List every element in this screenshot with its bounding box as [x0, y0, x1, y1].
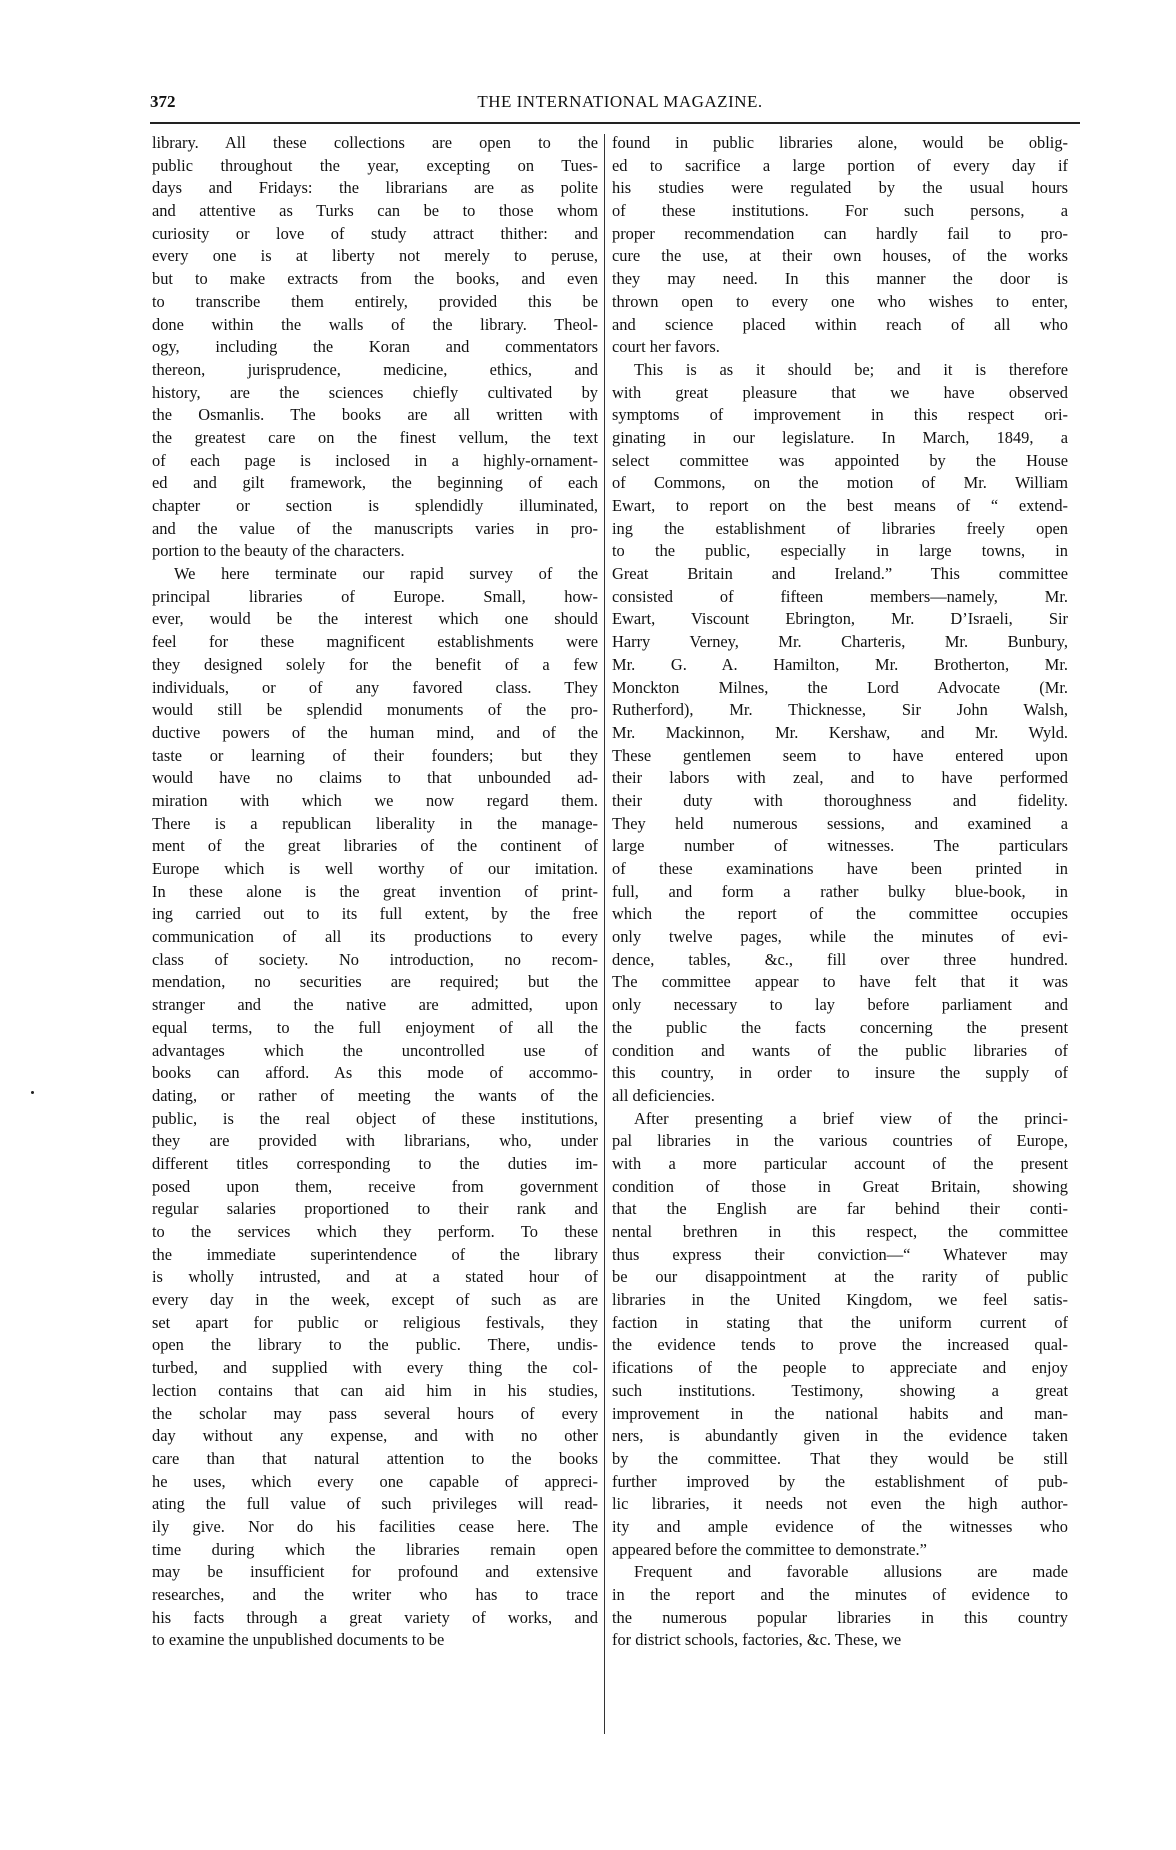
text-line: regular salaries proportioned to their r…: [152, 1198, 598, 1221]
text-line: miration with which we now regard them.: [152, 790, 598, 813]
text-line: they are provided with librarians, who, …: [152, 1130, 598, 1153]
text-line: court her favors.: [612, 336, 1068, 359]
text-line: set apart for public or religious festiv…: [152, 1312, 598, 1335]
text-line: nental brethren in this respect, the com…: [612, 1221, 1068, 1244]
text-line: ily give. Nor do his facilities cease he…: [152, 1516, 598, 1539]
text-line: open the library to the public. There, u…: [152, 1334, 598, 1357]
page-header: 372 THE INTERNATIONAL MAGAZINE.: [150, 92, 1090, 120]
text-line: found in public libraries alone, would b…: [612, 132, 1068, 155]
text-line: by the committee. That they would be sti…: [612, 1448, 1068, 1471]
text-line: and science placed within reach of all w…: [612, 314, 1068, 337]
text-line: is wholly intrusted, and at a stated hou…: [152, 1266, 598, 1289]
text-line: their duty with thoroughness and fidelit…: [612, 790, 1068, 813]
text-line: ment of the great libraries of the conti…: [152, 835, 598, 858]
text-line: chapter or section is splendidly illumin…: [152, 495, 598, 518]
text-line: the evidence tends to prove the increase…: [612, 1334, 1068, 1357]
text-line: dence, tables, &c., fill over three hund…: [612, 949, 1068, 972]
text-line: Europe which is well worthy of our imita…: [152, 858, 598, 881]
text-line: may be insufficient for profound and ext…: [152, 1561, 598, 1584]
text-line: the scholar may pass several hours of ev…: [152, 1403, 598, 1426]
text-line: day without any expense, and with no oth…: [152, 1425, 598, 1448]
text-line: of each page is inclosed in a highly-orn…: [152, 450, 598, 473]
text-line: communication of all its productions to …: [152, 926, 598, 949]
text-line: and the value of the manuscripts varies …: [152, 518, 598, 541]
text-line: libraries in the United Kingdom, we feel…: [612, 1289, 1068, 1312]
text-line: ductive powers of the human mind, and of…: [152, 722, 598, 745]
text-line: proper recommendation can hardly fail to…: [612, 223, 1068, 246]
text-line: only twelve pages, while the minutes of …: [612, 926, 1068, 949]
text-line: would have no claims to that unbounded a…: [152, 767, 598, 790]
text-line: ating the full value of such privileges …: [152, 1493, 598, 1516]
text-line: symptoms of improvement in this respect …: [612, 404, 1068, 427]
text-line: cure the use, at their own houses, of th…: [612, 245, 1068, 268]
text-line: but to make extracts from the books, and…: [152, 268, 598, 291]
text-line: select committee was appointed by the Ho…: [612, 450, 1068, 473]
text-line: class of society. No introduction, no re…: [152, 949, 598, 972]
text-line: researches, and the writer who has to tr…: [152, 1584, 598, 1607]
text-line: advantages which the uncontrolled use of: [152, 1040, 598, 1063]
text-line: lic libraries, it needs not even the hig…: [612, 1493, 1068, 1516]
magazine-page: 372 THE INTERNATIONAL MAGAZINE. library.…: [0, 0, 1176, 1850]
text-line: public, is the real object of these inst…: [152, 1108, 598, 1131]
column-divider: [604, 134, 605, 1734]
text-line: would still be splendid monuments of the…: [152, 699, 598, 722]
text-line: Monckton Milnes, the Lord Advocate (Mr.: [612, 677, 1068, 700]
text-line: they may need. In this manner the door i…: [612, 268, 1068, 291]
text-line: faction in stating that the uniform curr…: [612, 1312, 1068, 1335]
text-line: books can afford. As this mode of accomm…: [152, 1062, 598, 1085]
text-line: improvement in the national habits and m…: [612, 1403, 1068, 1426]
text-line: which the report of the committee occupi…: [612, 903, 1068, 926]
text-line: After presenting a brief view of the pri…: [612, 1108, 1068, 1131]
text-line: every one is at liberty not merely to pe…: [152, 245, 598, 268]
text-line: condition of those in Great Britain, sho…: [612, 1176, 1068, 1199]
text-line: his studies were regulated by the usual …: [612, 177, 1068, 200]
text-line: the greatest care on the finest vellum, …: [152, 427, 598, 450]
text-line: stranger and the native are admitted, up…: [152, 994, 598, 1017]
text-line: ing carried out to its full extent, by t…: [152, 903, 598, 926]
text-line: Ewart, to report on the best means of “ …: [612, 495, 1068, 518]
text-line: history, are the sciences chiefly cultiv…: [152, 382, 598, 405]
text-line: consisted of fifteen members—namely, Mr.: [612, 586, 1068, 609]
text-line: ifications of the people to appreciate a…: [612, 1357, 1068, 1380]
text-line: turbed, and supplied with every thing th…: [152, 1357, 598, 1380]
text-line: the immediate superintendence of the lib…: [152, 1244, 598, 1267]
text-line: individuals, or of any favored class. Th…: [152, 677, 598, 700]
text-line: to the public, especially in large towns…: [612, 540, 1068, 563]
text-line: Ewart, Viscount Ebrington, Mr. D’Israeli…: [612, 608, 1068, 631]
text-line: done within the walls of the library. Th…: [152, 314, 598, 337]
text-line: The committee appear to have felt that i…: [612, 971, 1068, 994]
text-line: in the report and the minutes of evidenc…: [612, 1584, 1068, 1607]
text-line: this country, in order to insure the sup…: [612, 1062, 1068, 1085]
text-line: feel for these magnificent establishment…: [152, 631, 598, 654]
text-line: further improved by the establishment of…: [612, 1471, 1068, 1494]
text-line: Frequent and favorable allusions are mad…: [612, 1561, 1068, 1584]
text-line: the Osmanlis. The books are all written …: [152, 404, 598, 427]
text-line: ing the establishment of libraries freel…: [612, 518, 1068, 541]
text-line: condition and wants of the public librar…: [612, 1040, 1068, 1063]
text-line: ity and ample evidence of the witnesses …: [612, 1516, 1068, 1539]
text-line: curiosity or love of study attract thith…: [152, 223, 598, 246]
text-line: be our disappointment at the rarity of p…: [612, 1266, 1068, 1289]
text-line: ners, is abundantly given in the evidenc…: [612, 1425, 1068, 1448]
text-line: appeared before the committee to demonst…: [612, 1539, 1068, 1562]
text-line: portion to the beauty of the characters.: [152, 540, 598, 563]
text-line: he uses, which every one capable of appr…: [152, 1471, 598, 1494]
text-line: their labors with zeal, and to have perf…: [612, 767, 1068, 790]
text-line: dating, or rather of meeting the wants o…: [152, 1085, 598, 1108]
text-line: that the English are far behind their co…: [612, 1198, 1068, 1221]
text-line: mendation, no securities are required; b…: [152, 971, 598, 994]
text-line: Harry Verney, Mr. Charteris, Mr. Bunbury…: [612, 631, 1068, 654]
text-line: ogy, including the Koran and commentator…: [152, 336, 598, 359]
header-rule: [150, 122, 1080, 124]
text-line: lection contains that can aid him in his…: [152, 1380, 598, 1403]
text-line: ginating in our legislature. In March, 1…: [612, 427, 1068, 450]
text-line: thereon, jurisprudence, medicine, ethics…: [152, 359, 598, 382]
text-line: different titles corresponding to the du…: [152, 1153, 598, 1176]
text-line: equal terms, to the full enjoyment of al…: [152, 1017, 598, 1040]
text-line: taste or learning of their founders; but…: [152, 745, 598, 768]
text-line: such institutions. Testimony, showing a …: [612, 1380, 1068, 1403]
text-line: all deficiencies.: [612, 1085, 1068, 1108]
text-line: Great Britain and Ireland.” This committ…: [612, 563, 1068, 586]
text-line: These gentlemen seem to have entered upo…: [612, 745, 1068, 768]
text-line: of these institutions. For such persons,…: [612, 200, 1068, 223]
text-line: This is as it should be; and it is there…: [612, 359, 1068, 382]
text-line: full, and form a rather bulky blue-book,…: [612, 881, 1068, 904]
text-line: of these examinations have been printed …: [612, 858, 1068, 881]
text-line: time during which the libraries remain o…: [152, 1539, 598, 1562]
text-line: principal libraries of Europe. Small, ho…: [152, 586, 598, 609]
text-line: every day in the week, except of such as…: [152, 1289, 598, 1312]
text-line: There is a republican liberality in the …: [152, 813, 598, 836]
text-line: to the services which they perform. To t…: [152, 1221, 598, 1244]
text-line: Mr. Mackinnon, Mr. Kershaw, and Mr. Wyld…: [612, 722, 1068, 745]
text-line: to transcribe them entirely, provided th…: [152, 291, 598, 314]
right-column: found in public libraries alone, would b…: [612, 132, 1068, 1652]
text-line: pal libraries in the various countries o…: [612, 1130, 1068, 1153]
text-line: posed upon them, receive from government: [152, 1176, 598, 1199]
text-line: to examine the unpublished documents to …: [152, 1629, 598, 1652]
text-line: Mr. G. A. Hamilton, Mr. Brotherton, Mr.: [612, 654, 1068, 677]
text-line: public throughout the year, excepting on…: [152, 155, 598, 178]
text-line: with a more particular account of the pr…: [612, 1153, 1068, 1176]
margin-mark: [31, 1091, 34, 1094]
text-line: large number of witnesses. The particula…: [612, 835, 1068, 858]
text-line: ever, would be the interest which one sh…: [152, 608, 598, 631]
text-line: and attentive as Turks can be to those w…: [152, 200, 598, 223]
text-line: thrown open to every one who wishes to e…: [612, 291, 1068, 314]
text-line: days and Fridays: the librarians are as …: [152, 177, 598, 200]
text-line: thus express their conviction—“ Whatever…: [612, 1244, 1068, 1267]
text-line: ed to sacrifice a large portion of every…: [612, 155, 1068, 178]
text-line: In these alone is the great invention of…: [152, 881, 598, 904]
text-line: We here terminate our rapid survey of th…: [152, 563, 598, 586]
text-line: Rutherford), Mr. Thicknesse, Sir John Wa…: [612, 699, 1068, 722]
text-line: for district schools, factories, &c. The…: [612, 1629, 1068, 1652]
running-title: THE INTERNATIONAL MAGAZINE.: [150, 92, 1090, 112]
text-line: with great pleasure that we have observe…: [612, 382, 1068, 405]
text-line: his facts through a great variety of wor…: [152, 1607, 598, 1630]
text-line: they designed solely for the benefit of …: [152, 654, 598, 677]
text-line: only necessary to lay before parliament …: [612, 994, 1068, 1017]
text-line: They held numerous sessions, and examine…: [612, 813, 1068, 836]
text-line: of Commons, on the motion of Mr. William: [612, 472, 1068, 495]
left-column: library. All these collections are open …: [152, 132, 598, 1652]
text-line: the numerous popular libraries in this c…: [612, 1607, 1068, 1630]
text-line: ed and gilt framework, the beginning of …: [152, 472, 598, 495]
text-line: the public the facts concerning the pres…: [612, 1017, 1068, 1040]
text-line: library. All these collections are open …: [152, 132, 598, 155]
text-line: care than that natural attention to the …: [152, 1448, 598, 1471]
